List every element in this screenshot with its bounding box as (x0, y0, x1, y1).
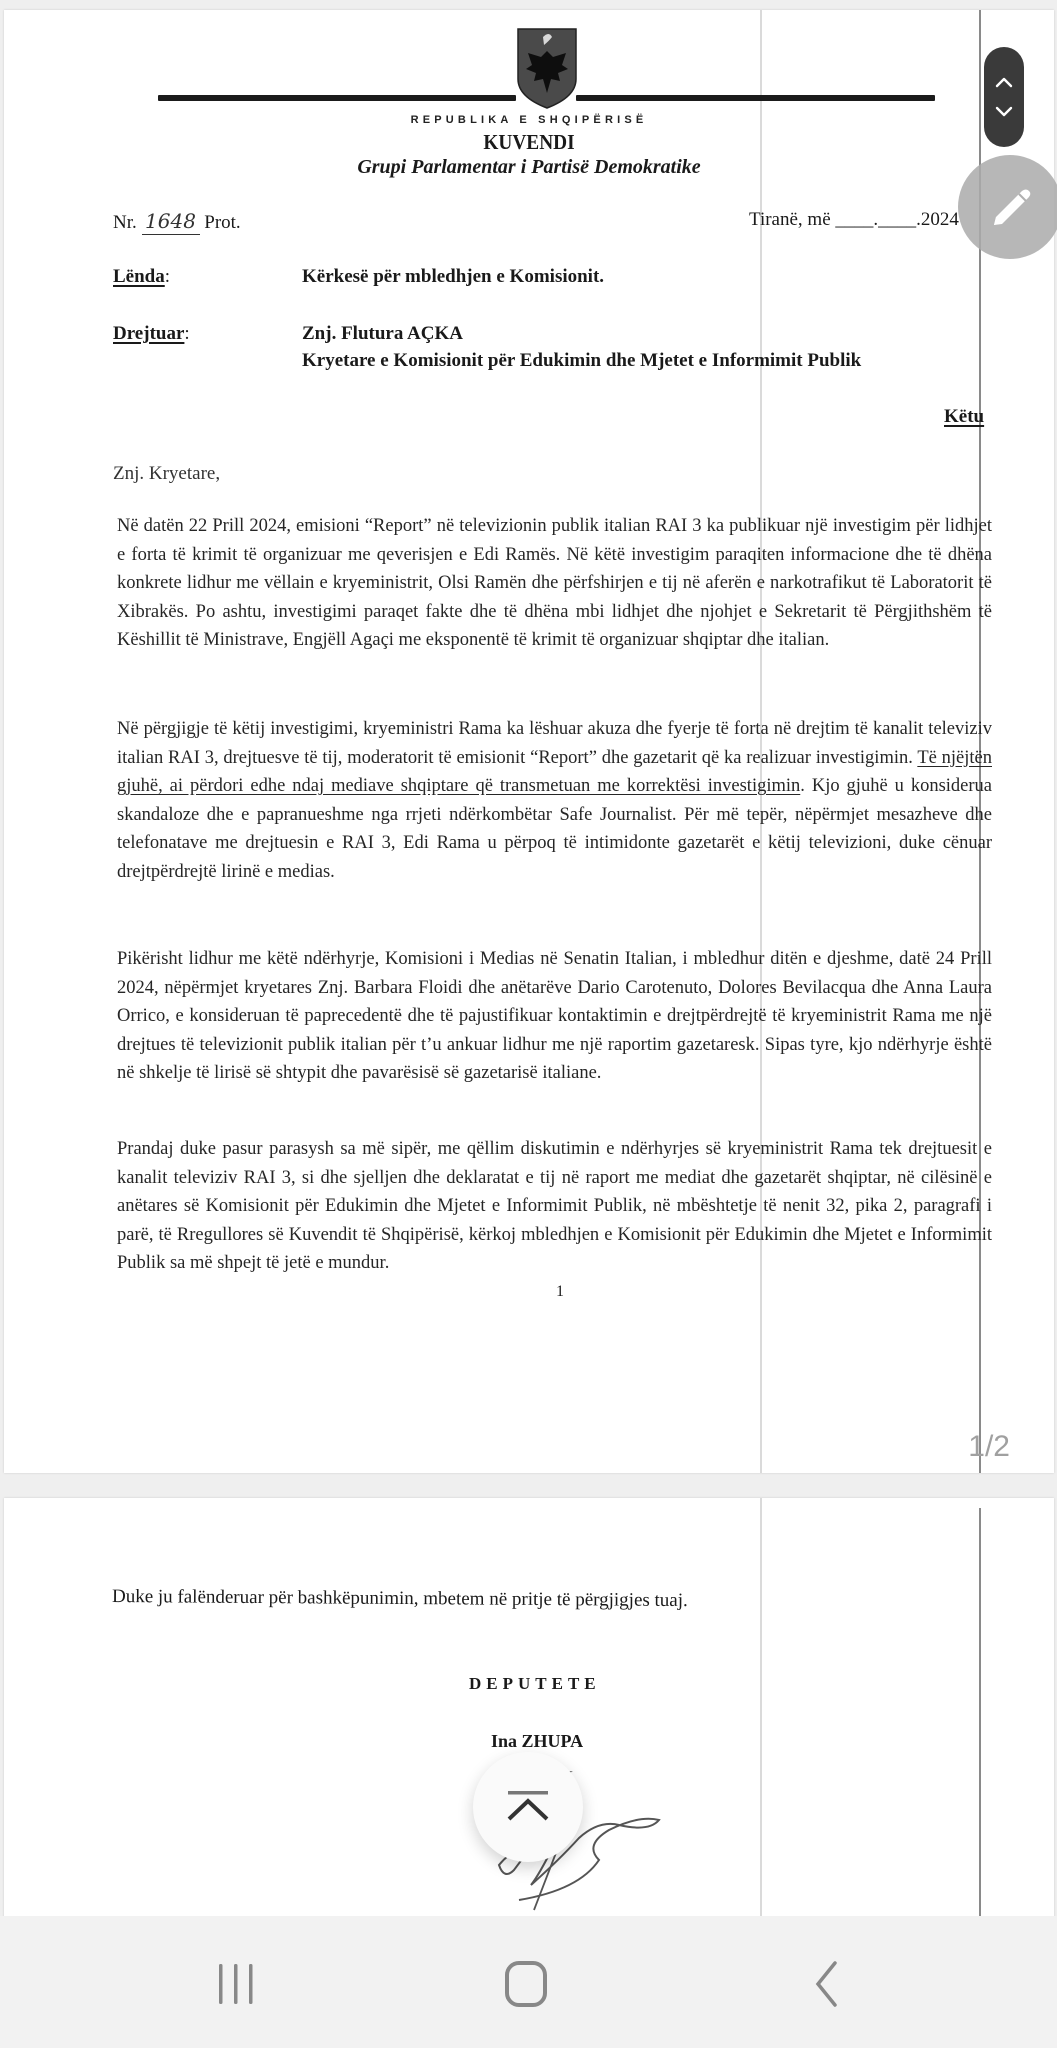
protocol-number: Nr. 1648 Prot. (113, 209, 241, 235)
chevron-down-icon[interactable] (992, 102, 1016, 122)
page-indicator: 1/2 (968, 1430, 1010, 1464)
scroll-to-top-icon (503, 1787, 553, 1827)
salutation: Znj. Kryetare, (113, 463, 220, 485)
addressee-label: Drejtuar: (113, 323, 190, 345)
albanian-coat-of-arms-icon (516, 27, 578, 109)
header-rule-right (576, 95, 935, 101)
pdf-page-2: Duke ju falënderuar për bashkëpunimin, m… (4, 1498, 1054, 1948)
paragraph-2: Në përgjigje të këtij investigimi, kryem… (117, 715, 992, 886)
recent-apps-icon (216, 1962, 256, 2006)
header-rule-left (158, 95, 516, 101)
back-button[interactable] (790, 1956, 862, 2012)
subject-label: Lënda: (113, 266, 170, 288)
paragraph-1: Në datën 22 Prill 2024, emisioni “Report… (117, 512, 992, 655)
home-button[interactable] (490, 1956, 562, 2012)
group-name: Grupi Parlamentar i Partisë Demokratike (4, 156, 1054, 179)
signatory-name: Ina ZHUPA (491, 1731, 583, 1752)
back-icon (811, 1960, 841, 2008)
signature-title: DEPUTETE (469, 1674, 601, 1694)
place-date: Tiranë, më ____.____.2024 (749, 209, 959, 231)
here-label: Këtu (944, 406, 984, 428)
paragraph-4: Prandaj duke pasur parasysh sa më sipër,… (117, 1135, 992, 1278)
addressee-name: Znj. Flutura AÇKA (302, 323, 463, 345)
republic-name: REPUBLIKA E SHQIPËRISË (4, 114, 1054, 126)
subject-value: Kërkesë për mbledhjen e Komisionit. (302, 266, 604, 288)
institution-name: KUVENDI (46, 130, 1012, 155)
paragraph-3: Pikërisht lidhur me këtë ndërhyrje, Komi… (117, 945, 992, 1088)
page-artifact-line (760, 1498, 762, 1948)
system-navigation-bar (0, 1916, 1057, 2048)
pencil-icon (982, 179, 1038, 235)
handwritten-protocol-number: 1648 (145, 209, 196, 233)
scroll-to-top-button[interactable] (473, 1752, 583, 1862)
home-icon (503, 1960, 549, 2008)
addressee-title: Kryetare e Komisionit për Edukimin dhe M… (302, 350, 861, 372)
page-scroll-control[interactable] (984, 47, 1024, 147)
chevron-up-icon[interactable] (992, 72, 1016, 92)
pdf-page-1: REPUBLIKA E SHQIPËRISË KUVENDI Grupi Par… (4, 10, 1054, 1473)
recent-apps-button[interactable] (200, 1956, 272, 2012)
closing-sentence: Duke ju falënderuar për bashkëpunimin, m… (112, 1586, 688, 1612)
edit-button[interactable] (958, 155, 1057, 259)
page-artifact-line (979, 1508, 981, 1948)
page-footer-number: 1 (556, 1283, 564, 1301)
